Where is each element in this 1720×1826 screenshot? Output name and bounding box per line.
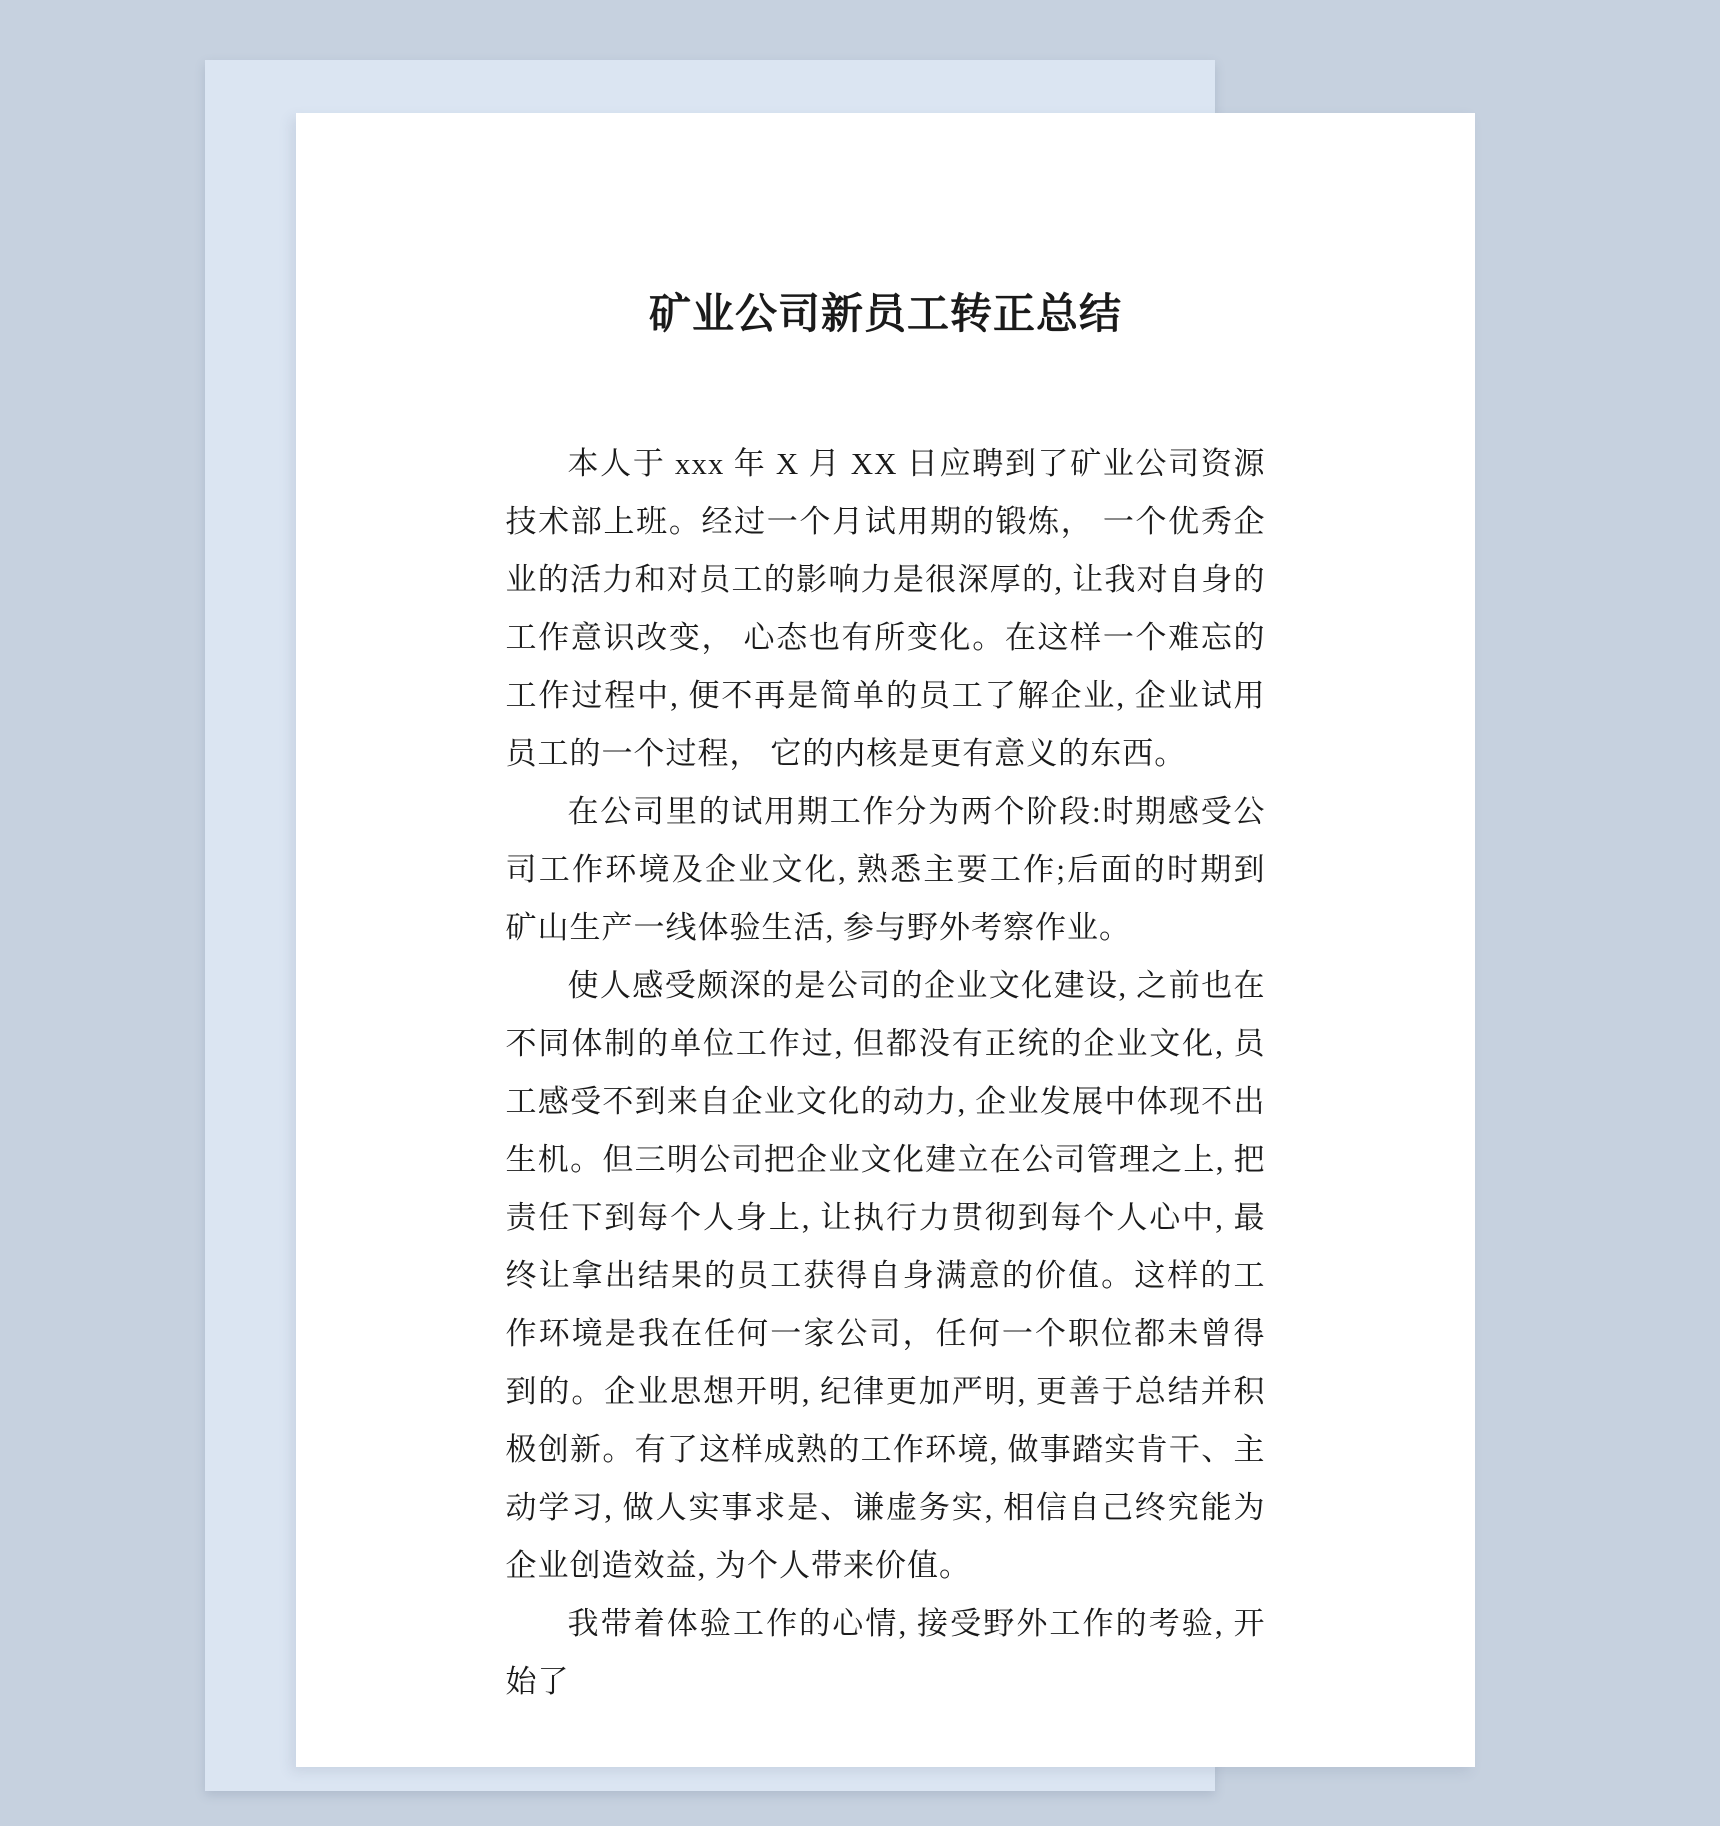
paragraph-3: 使人感受颇深的是公司的企业文化建设, 之前也在不同体制的单位工作过, 但都没有正… bbox=[506, 957, 1266, 1595]
document-preview-background: 矿业公司新员工转正总结 本人于 xxx 年 X 月 XX 日应聘到了矿业公司资源… bbox=[0, 0, 1720, 1826]
paragraph-1: 本人于 xxx 年 X 月 XX 日应聘到了矿业公司资源技术部上班。经过一个月试… bbox=[506, 435, 1266, 783]
document-body: 本人于 xxx 年 X 月 XX 日应聘到了矿业公司资源技术部上班。经过一个月试… bbox=[506, 435, 1266, 1711]
paragraph-4: 我带着体验工作的心情, 接受野外工作的考验, 开始了 bbox=[506, 1595, 1266, 1711]
paragraph-2: 在公司里的试用期工作分为两个阶段:时期感受公司工作环境及企业文化, 熟悉主要工作… bbox=[506, 783, 1266, 957]
document-title: 矿业公司新员工转正总结 bbox=[296, 291, 1475, 337]
document-page: 矿业公司新员工转正总结 本人于 xxx 年 X 月 XX 日应聘到了矿业公司资源… bbox=[296, 113, 1475, 1767]
